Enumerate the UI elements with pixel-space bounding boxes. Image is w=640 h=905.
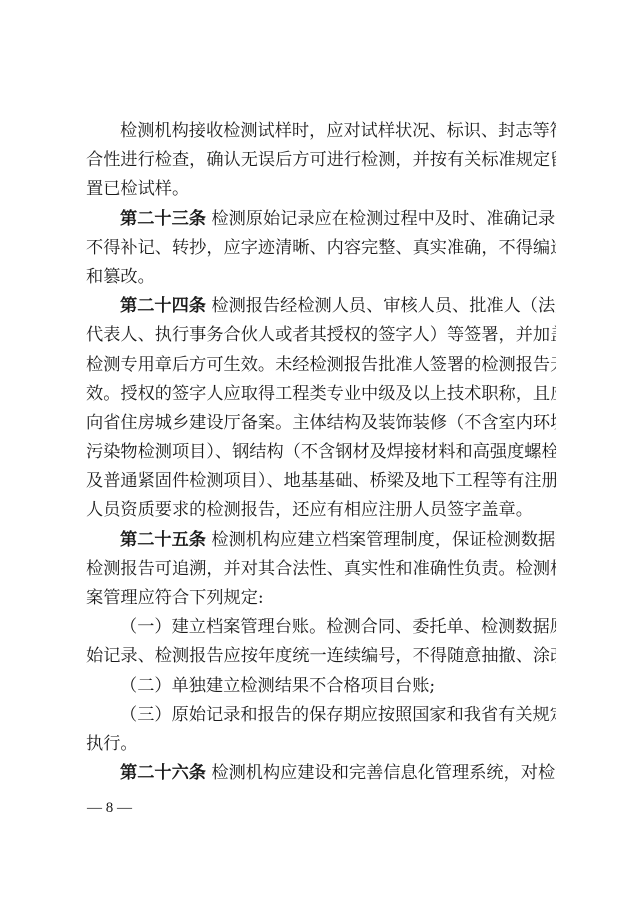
list-item-2: （二）单独建立检测结果不合格项目台账;	[86, 672, 556, 701]
article-heading: 第二十四条	[120, 296, 206, 316]
text-line: 案管理应符合下列规定:	[86, 584, 556, 613]
text-line-content: 检测机构应建设和完善信息化管理系统，对检测	[211, 763, 556, 783]
text-line: 代表人、执行事务合伙人或者其授权的签字人）等签署，并加盖	[86, 321, 556, 350]
text-line: 执行。	[86, 730, 556, 759]
list-item-1: （一）建立档案管理台账。检测合同、委托单、检测数据原 始记录、检测报告应按年度统…	[86, 613, 556, 671]
text-line: 合性进行检查，确认无误后方可进行检测，并按有关标准规定留	[86, 146, 556, 175]
text-line: 检测专用章后方可生效。未经检测报告批准人签署的检测报告无	[86, 351, 556, 380]
text-line: （三）原始记录和报告的保存期应按照国家和我省有关规定	[86, 701, 556, 730]
text-line: 和篡改。	[86, 263, 556, 292]
text-line: 第二十四条 检测报告经检测人员、审核人员、批准人（法定	[86, 292, 556, 321]
text-line: 检测报告可追溯，并对其合法性、真实性和准确性负责。检测档	[86, 555, 556, 584]
text-line: 第二十六条 检测机构应建设和完善信息化管理系统，对检测	[86, 759, 556, 788]
list-item-3: （三）原始记录和报告的保存期应按照国家和我省有关规定 执行。	[86, 701, 556, 759]
text-line: 人员资质要求的检测报告，还应有相应注册人员签字盖章。	[86, 496, 556, 525]
text-line: 检测机构接收检测试样时，应对试样状况、标识、封志等符	[86, 117, 556, 146]
text-line: 不得补记、转抄，应字迹清晰、内容完整、真实准确，不得编造	[86, 234, 556, 263]
document-body: 检测机构接收检测试样时，应对试样状况、标识、封志等符 合性进行检查，确认无误后方…	[86, 117, 556, 788]
text-line: 污染物检测项目）、钢结构（不含钢材及焊接材料和高强度螺栓	[86, 438, 556, 467]
article-heading: 第二十五条	[120, 530, 206, 550]
text-line: 效。授权的签字人应取得工程类专业中级及以上技术职称，且应	[86, 380, 556, 409]
text-line: 第二十三条 检测原始记录应在检测过程中及时、准确记录，	[86, 205, 556, 234]
page-number: — 8 —	[87, 800, 132, 817]
article-heading: 第二十六条	[120, 763, 206, 783]
text-line: 始记录、检测报告应按年度统一连续编号，不得随意抽撤、涂改;	[86, 642, 556, 671]
text-line: （二）单独建立检测结果不合格项目台账;	[86, 672, 556, 701]
paragraph-article-26: 第二十六条 检测机构应建设和完善信息化管理系统，对检测	[86, 759, 556, 788]
text-line: （一）建立档案管理台账。检测合同、委托单、检测数据原	[86, 613, 556, 642]
paragraph-article-23: 第二十三条 检测原始记录应在检测过程中及时、准确记录， 不得补记、转抄，应字迹清…	[86, 205, 556, 293]
paragraph-article-24: 第二十四条 检测报告经检测人员、审核人员、批准人（法定 代表人、执行事务合伙人或…	[86, 292, 556, 526]
paragraph-sample-receipt: 检测机构接收检测试样时，应对试样状况、标识、封志等符 合性进行检查，确认无误后方…	[86, 117, 556, 205]
text-line: 置已检试样。	[86, 175, 556, 204]
text-line: 及普通紧固件检测项目）、地基基础、桥梁及地下工程等有注册	[86, 467, 556, 496]
text-line-content: 检测报告经检测人员、审核人员、批准人（法定	[211, 296, 556, 316]
article-heading: 第二十三条	[120, 209, 206, 229]
text-line: 第二十五条 检测机构应建立档案管理制度，保证检测数据和	[86, 526, 556, 555]
text-line-content: 检测原始记录应在检测过程中及时、准确记录，	[211, 209, 556, 229]
text-line-content: 检测机构应建立档案管理制度，保证检测数据和	[211, 530, 556, 550]
text-line: 向省住房城乡建设厅备案。主体结构及装饰装修（不含室内环境	[86, 409, 556, 438]
paragraph-article-25: 第二十五条 检测机构应建立档案管理制度，保证检测数据和 检测报告可追溯，并对其合…	[86, 526, 556, 614]
